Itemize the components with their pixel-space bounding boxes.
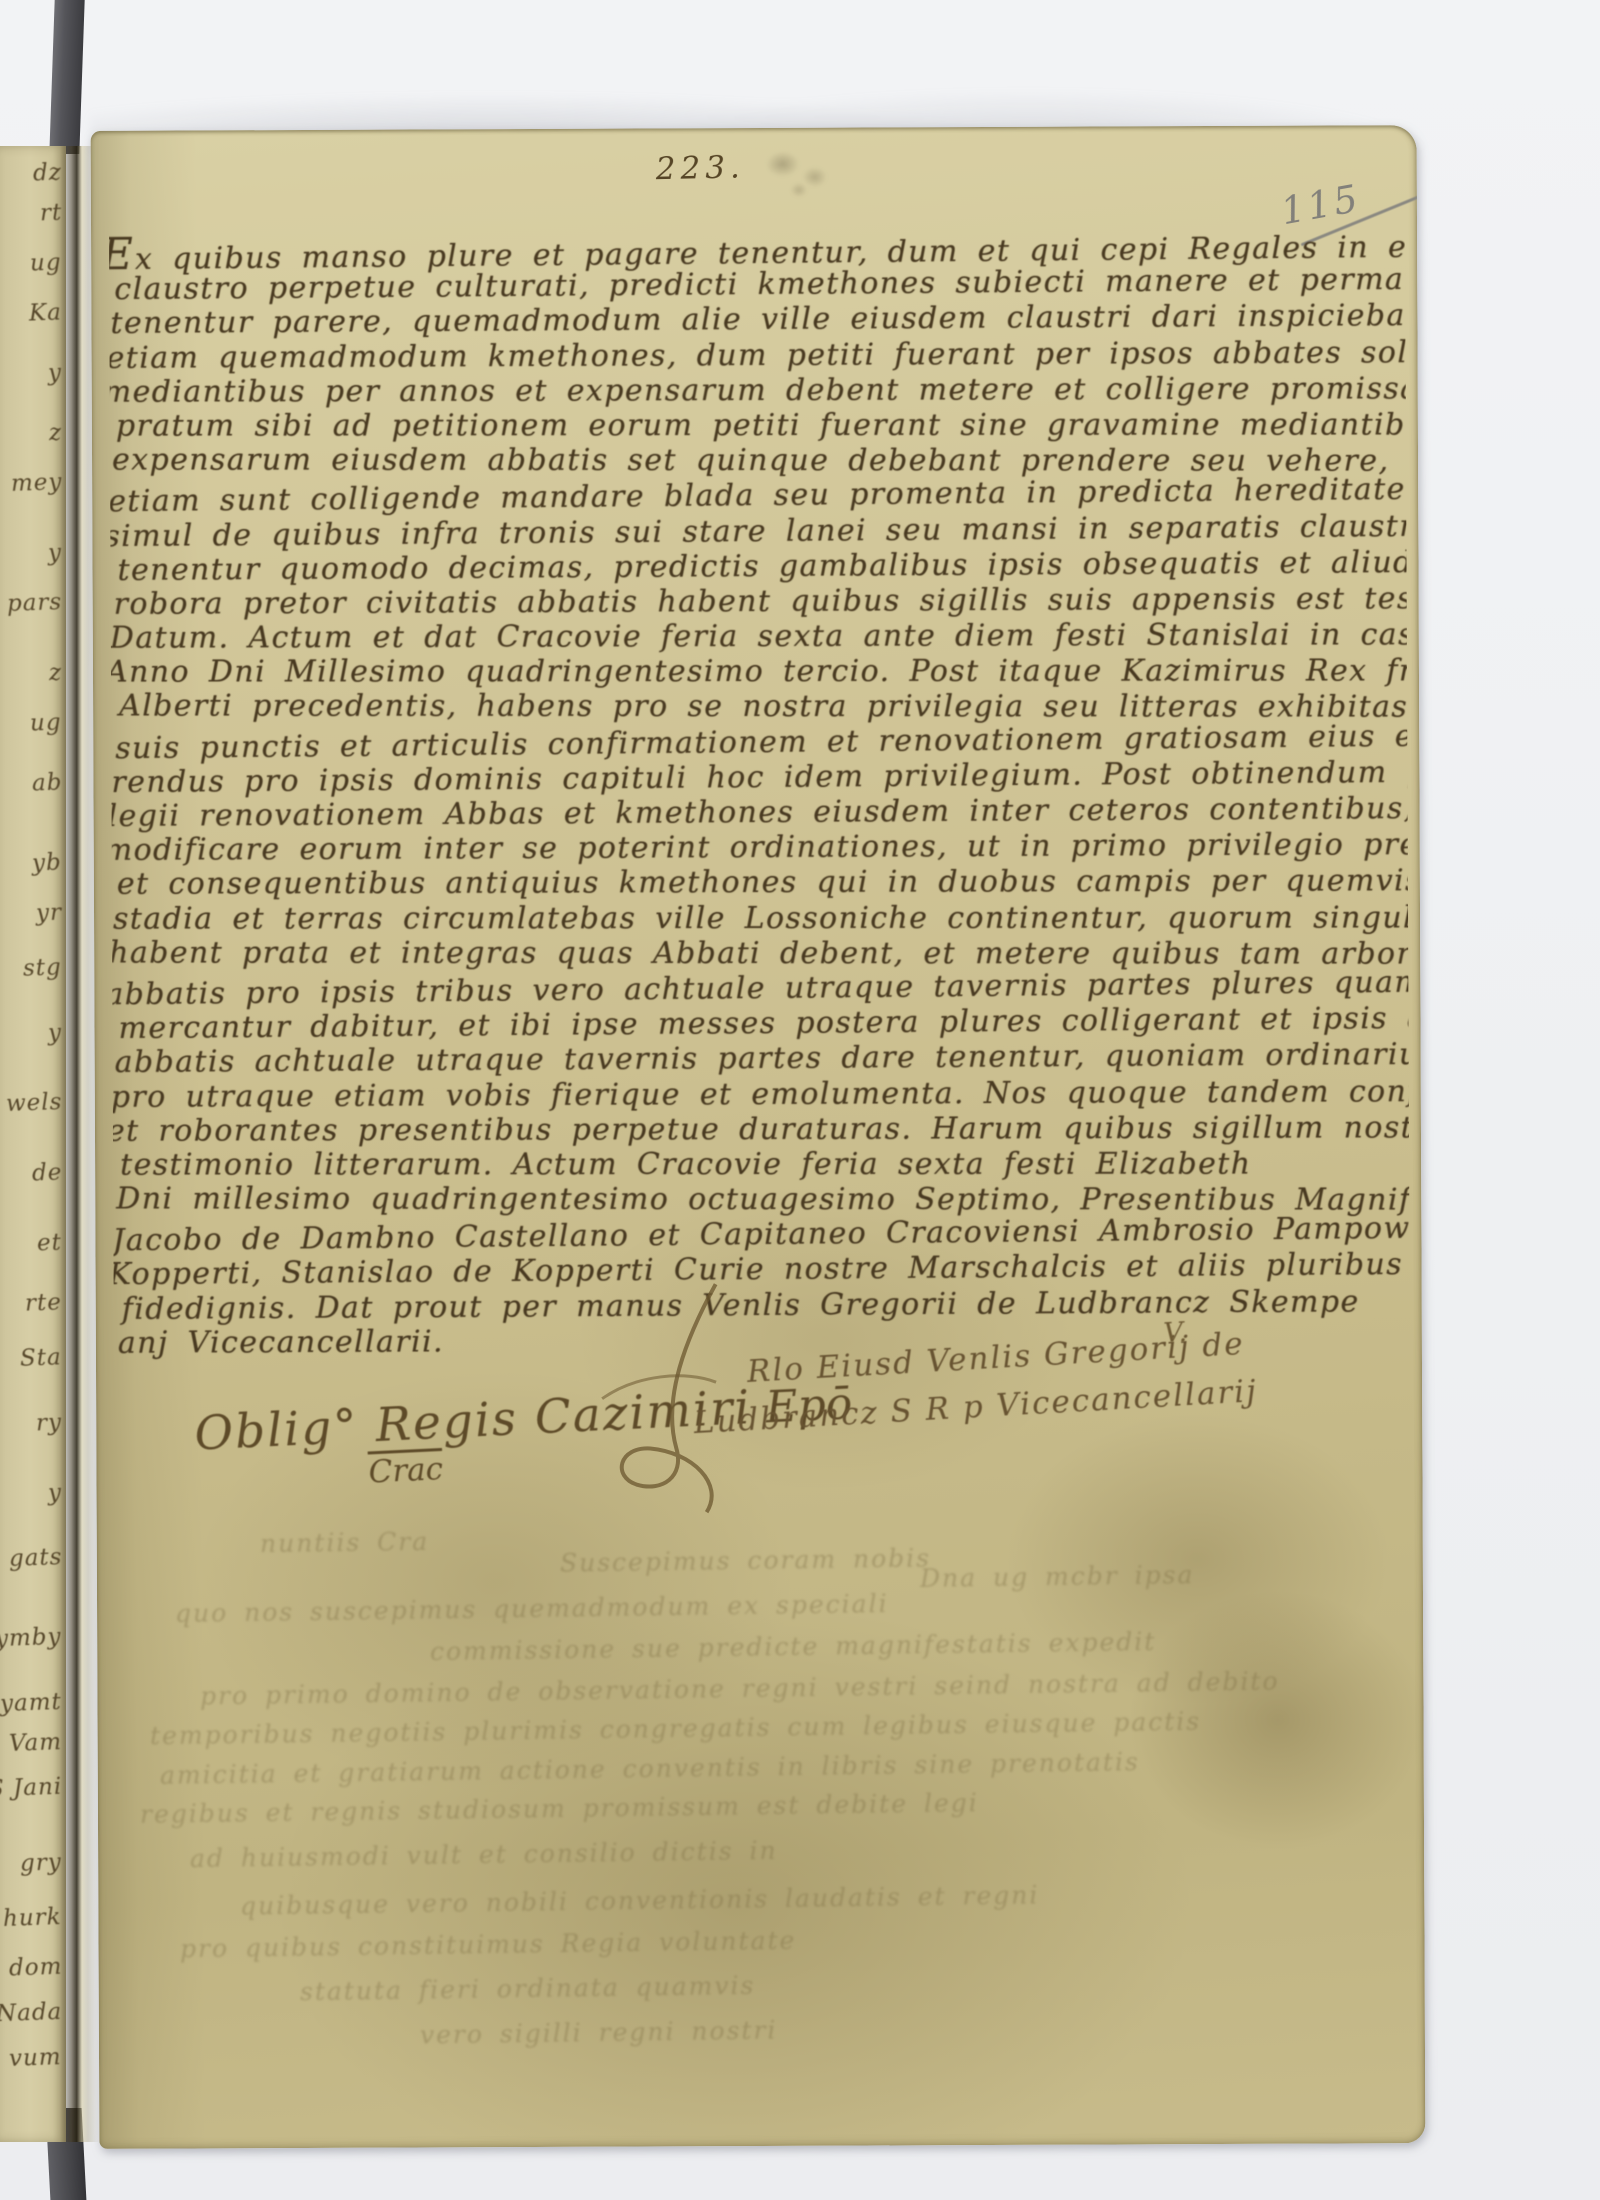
margin-fragment: Nada <box>0 1999 62 2027</box>
manuscript-line: stadia et terras circumlatebas ville Los… <box>113 900 1409 936</box>
margin-fragment: rt <box>39 200 62 227</box>
margin-fragment: hurk <box>3 1904 62 1932</box>
manuscript-line: et consequentibus antiquius kmethones qu… <box>117 864 1410 903</box>
margin-fragment: gry <box>20 1849 63 1876</box>
manuscript-line: modificare eorum inter se poterint ordin… <box>109 827 1400 868</box>
margin-fragment: dz <box>33 160 63 187</box>
margin-fragment: et <box>37 1230 63 1257</box>
margin-fragment: mey <box>10 469 62 497</box>
manuscript-line: etiam quemadmodum kmethones, dum petiti … <box>109 335 1403 376</box>
margin-fragment: ymby <box>0 1624 62 1652</box>
margin-fragment: ab <box>31 769 62 796</box>
margin-fragment: vum <box>9 2044 63 2072</box>
margin-fragment: Sta <box>20 1344 63 1371</box>
facing-page-sliver: dzrtugKayzmeyyparszugabybyrstgywelsdeetr… <box>0 146 66 2142</box>
margin-fragment: stg <box>23 954 63 981</box>
margin-fragment: Ka <box>29 299 63 326</box>
binding-strap-top <box>49 0 84 154</box>
manuscript-line: mediantibus per annos et expensarum debe… <box>109 371 1399 410</box>
margin-fragment: Vam <box>9 1729 63 1757</box>
heading-sub-crac: Crac <box>368 1451 444 1491</box>
margin-fragment: d dom <box>0 1954 62 1983</box>
manuscript-line: testimonio litterarum. Actum Cracovie fe… <box>120 1146 1410 1182</box>
margin-fragment: ug <box>30 249 62 276</box>
manuscript-line: Anno Dni Millesimo quadringentesimo terc… <box>109 654 1402 690</box>
manuscript-line: pro utraque etiam vobis fierique et emol… <box>111 1074 1407 1115</box>
margin-fragment: wels <box>5 1089 62 1117</box>
relatio-v-mark: V. <box>1163 1317 1188 1349</box>
margin-fragment: ug <box>30 709 62 736</box>
manuscript-line: Datum. Actum et dat Cracovie feria sexta… <box>110 617 1406 656</box>
margin-fragment: de <box>31 1159 62 1186</box>
margin-fragment: rte <box>25 1289 63 1316</box>
main-text-block: Ex quibus manso plure et pagare tenentur… <box>109 229 1410 1370</box>
ink-offset-smudge <box>759 146 839 198</box>
margin-fragment: ry <box>36 1410 63 1437</box>
manuscript-line: pratum sibi ad petitionem eorum petiti f… <box>116 407 1410 443</box>
page-number-ink: 223. <box>655 149 745 187</box>
margin-fragment: pars <box>6 589 62 617</box>
margin-fragment: yamt <box>0 1689 62 1717</box>
margin-fragment: yr <box>36 900 63 927</box>
margin-fragment: yb <box>32 849 63 876</box>
manuscript-scan: dzrtugKayzmeyyparszugabybyrstgywelsdeetr… <box>0 0 1600 2200</box>
manuscript-page: 223. 115 Ex quibus manso plure et pagare… <box>91 125 1426 2149</box>
manuscript-line: robora pretor civitatis abbatis habent q… <box>114 581 1410 622</box>
margin-fragment: S Jani <box>0 1774 62 1803</box>
margin-fragment: gats <box>8 1544 62 1572</box>
manuscript-line: et roborantes presentibus perpetue durat… <box>109 1110 1403 1149</box>
